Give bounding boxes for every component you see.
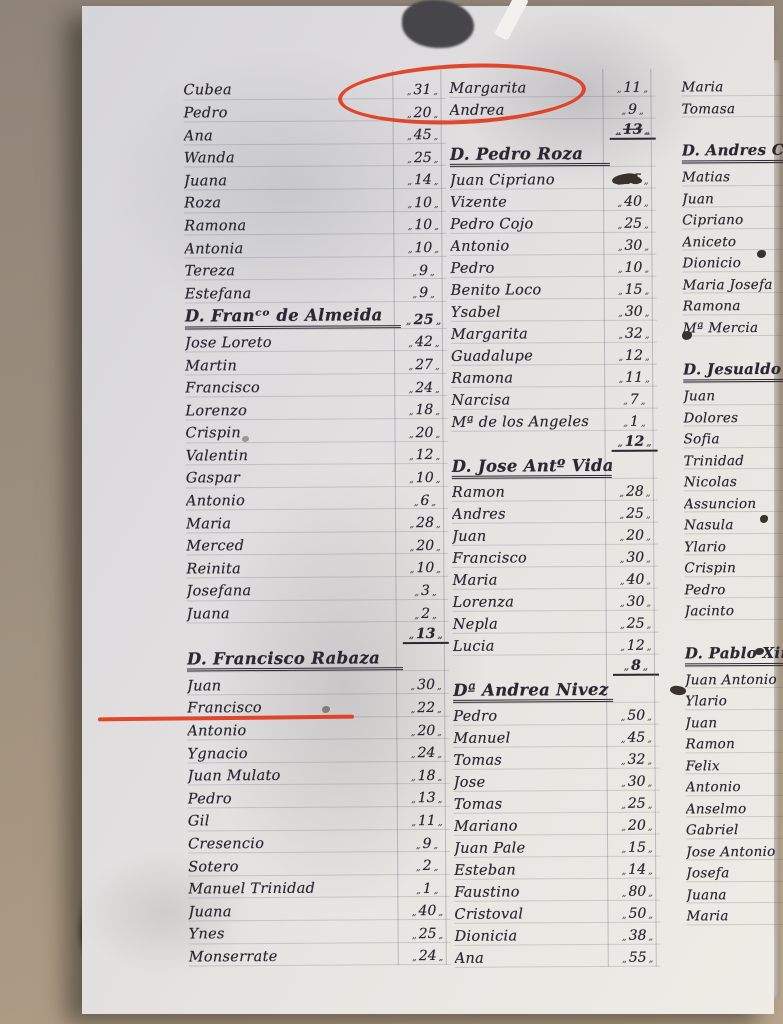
person-name: Martin (185, 358, 401, 375)
list-entry: Aniceto7 (682, 228, 783, 251)
person-name: Juana (686, 888, 783, 903)
list-entry: Lorenza30 (452, 589, 658, 612)
section-header: D. Pablo Ximenez (685, 640, 783, 667)
person-name: Tomas (454, 797, 614, 813)
list-entry: Guadalupe12 (451, 343, 657, 366)
age-value: 32 (611, 327, 657, 342)
age-value: 24 (401, 381, 447, 396)
list-entry: Wanda25 (184, 144, 446, 168)
list-entry: Juan30 (187, 671, 449, 695)
list-entry: Gil11 (188, 807, 450, 831)
person-name: Andres (452, 507, 612, 523)
person-name: Juana (188, 904, 404, 921)
person-name: Sofia (684, 432, 783, 447)
person-name: Wanda (184, 150, 400, 167)
age-value: 32 (613, 753, 659, 768)
list-entry: Juan Mulato18 (188, 762, 450, 786)
person-name: Maria (452, 573, 612, 589)
list-entry: Nasula12 (684, 511, 783, 534)
age-value: 42 (401, 335, 447, 350)
age-value: 10 (610, 261, 656, 276)
list-entry: Maria (681, 73, 783, 96)
age-value: 12 (613, 639, 659, 654)
age-value: 30 (612, 551, 658, 566)
owner-name: D. Andres Chico (682, 143, 783, 163)
person-name: Jose Loreto (185, 335, 401, 352)
person-name: Dionicio (682, 256, 783, 271)
age-value: 2 (403, 606, 449, 621)
age-value: 11 (611, 371, 657, 386)
person-name: Sotero (188, 859, 404, 876)
age-value: 40 (612, 573, 658, 588)
list-entry: Maria Josefa53 (683, 271, 783, 294)
person-name: Manuel Trinidad (188, 881, 404, 898)
list-entry: Ynes25 (189, 920, 451, 944)
list-entry: Jacinto16 (685, 597, 783, 620)
list-entry: Sotero2 (188, 852, 450, 876)
list-entry: Martin27 (185, 351, 447, 375)
list-entry: Reinita10 (186, 554, 448, 578)
age-value: 9 (401, 286, 447, 301)
register-column-left: Cubea31Pedro20Ana45Wanda25Juana14Roza10R… (183, 76, 450, 967)
person-name: Ana (184, 128, 400, 145)
list-entry: Roza10 (184, 189, 446, 213)
age-value: 38 (615, 929, 661, 944)
list-entry: Antonio6 (186, 487, 448, 511)
section-total: 13 (187, 622, 449, 646)
age-value: 25 (401, 313, 447, 328)
person-name: Josefa (686, 866, 783, 881)
list-entry: Maria40 (452, 567, 658, 590)
age-value: 10 (400, 218, 446, 233)
age-value: 14 (400, 173, 446, 188)
person-name: Pedro (453, 709, 613, 725)
person-name: Antonio (686, 780, 783, 795)
list-entry: Josefa45 (686, 859, 783, 882)
list-entry: Ramona10 (184, 211, 446, 235)
age-value: 28 (612, 485, 658, 500)
list-entry: Esteban14 (454, 857, 660, 880)
age-value: 30 (403, 678, 449, 693)
age-value: 13 (610, 123, 656, 140)
section-header: D. Pedro Roza (450, 141, 656, 168)
person-name: Merced (186, 538, 402, 555)
person-name: Maria Josefa (683, 278, 783, 293)
age-value: 1 (611, 415, 657, 430)
person-name: Ysabel (451, 305, 611, 321)
list-entry: Tereza9 (184, 257, 446, 281)
list-entry: Manuel Trinidad1 (188, 875, 450, 899)
owner-name: D. Pedro Roza (450, 145, 610, 167)
age-value: 3 (402, 584, 448, 599)
person-name: Estefana (185, 286, 401, 303)
list-entry: Antonio30 (450, 233, 656, 256)
person-name: Gaspar (186, 471, 402, 488)
person-name: Tomas (453, 753, 613, 769)
list-entry: Mª de los Angeles1 (451, 409, 657, 432)
age-value: 40 (610, 195, 656, 210)
age-value: 22 (403, 701, 449, 716)
person-name: Cresencio (188, 836, 404, 853)
list-entry: Jose Loreto42 (185, 328, 447, 352)
section-header: Dª Andrea Nivez (453, 677, 659, 704)
person-name: Vizente (450, 195, 610, 211)
age-value: 25 (614, 797, 660, 812)
person-name: Maria (186, 516, 402, 533)
age-value: 20 (612, 529, 658, 544)
age-value: 13 (403, 627, 449, 644)
list-entry: Ylario38 (685, 687, 783, 710)
list-entry: Maria28 (186, 509, 448, 533)
person-name: Lorenzo (185, 403, 401, 420)
person-name: Nasula (684, 518, 783, 533)
person-name: Ramona (683, 299, 783, 314)
list-entry: Gaspar10 (186, 464, 448, 488)
age-value: 2 (404, 859, 450, 874)
age-value: 11 (609, 81, 655, 96)
person-name: Ramona (451, 371, 611, 387)
person-name: Ynes (189, 926, 405, 943)
section-header: D. Jesualdo Gaya (683, 357, 783, 384)
owner-name: Dª Andrea Nivez (453, 681, 613, 703)
person-name: Mª Mercia (683, 321, 783, 336)
person-name: Mª de los Angeles (451, 415, 611, 431)
list-entry: Cristoval50 (454, 901, 660, 924)
person-name: Jose Antonio (686, 845, 783, 860)
age-value: 28 (402, 516, 448, 531)
person-name: Roza (184, 196, 400, 213)
age-value: 20 (401, 426, 447, 441)
age-value: 40 (404, 904, 450, 919)
list-entry: Monserrate24 (189, 942, 451, 966)
person-name: Juana (184, 173, 400, 190)
section-header: D. Jose Antº Vidal (452, 453, 658, 480)
owner-name: D. Jose Antº Vidal (452, 457, 612, 479)
list-entry: Cresencio9 (188, 829, 450, 853)
list-entry: Tomas32 (453, 747, 659, 770)
age-value: 27 (401, 358, 447, 373)
list-entry: Faustino80 (454, 879, 660, 902)
list-entry: Ana55 (455, 945, 661, 968)
list-entry: Francisco24 (185, 374, 447, 398)
list-entry: Assuncion24 (684, 490, 783, 513)
age-value: 45 (400, 128, 446, 143)
person-name: Matias (682, 170, 783, 185)
person-name: Ygnacio (187, 746, 403, 763)
owner-name: D. Jesualdo Gaya (683, 362, 783, 382)
age-value: 14 (614, 863, 660, 878)
person-name: Ramon (685, 737, 783, 752)
age-value: 25 (612, 507, 658, 522)
age-value: 24 (403, 746, 449, 761)
person-name: Cristoval (454, 907, 614, 923)
list-entry: Tomasa12 (681, 95, 783, 118)
person-name: Tereza (184, 263, 400, 280)
person-name: Antonio (187, 723, 403, 740)
list-entry: Merced20 (186, 532, 448, 556)
age-value: 24 (405, 949, 451, 964)
list-entry: Crispin20 (185, 419, 447, 443)
list-entry: Antonio22 (686, 773, 783, 796)
list-entry: Dionicia38 (455, 923, 661, 946)
person-name: Juan (682, 192, 783, 207)
list-entry: Pedro Cojo25 (450, 211, 656, 234)
list-entry: Ysabel30 (451, 299, 657, 322)
section-total: 12 (452, 431, 658, 454)
list-entry: Ramona6 (683, 292, 783, 315)
age-value: 50 (614, 907, 660, 922)
section-total: 14 (682, 116, 783, 139)
person-name: Felix (686, 759, 783, 774)
list-entry: Manuel45 (453, 725, 659, 748)
person-name: Antonio (186, 493, 402, 510)
list-entry: Juan25 (683, 382, 783, 405)
age-value: 30 (613, 595, 659, 610)
register-column-middle: Margarita11Andrea913D. Pedro RozaJuan Ci… (449, 75, 660, 968)
age-value: 1 (404, 882, 450, 897)
list-entry: Lucia12 (453, 633, 659, 656)
person-name: Juan Antonio (685, 673, 783, 688)
list-entry: Antonia10 (184, 234, 446, 258)
list-entry: Felix30 (685, 752, 783, 775)
age-value: 80 (614, 885, 660, 900)
person-name: Valentin (186, 448, 402, 465)
list-entry: Maria22 (686, 902, 783, 925)
person-name: Narcisa (451, 393, 611, 409)
person-name: Juana (187, 606, 403, 623)
register-table: Cubea31Pedro20Ana45Wanda25Juana14Roza10R… (79, 4, 777, 1016)
list-entry: Crispin9 (684, 554, 783, 577)
age-value: 15 (611, 283, 657, 298)
age-value: 25 (613, 617, 659, 632)
person-name: Esteban (454, 863, 614, 879)
list-entry: Pedro50 (453, 703, 659, 726)
person-name: Pedro Cojo (450, 217, 610, 233)
person-name: Gabriel (686, 823, 783, 838)
list-entry: Ana45 (184, 121, 446, 145)
age-value: 25 (400, 151, 446, 166)
list-entry: Pedro10 (450, 255, 656, 278)
list-entry: Benito Loco15 (451, 277, 657, 300)
age-value: 50 (613, 709, 659, 724)
person-name: Crispin (185, 425, 401, 442)
list-entry: Dionicio1 (682, 249, 783, 272)
age-value: 9 (610, 103, 656, 118)
person-name: Antonio (450, 239, 610, 255)
person-name: Pedro (188, 791, 404, 808)
list-entry: Matias63 (682, 163, 783, 186)
owner-name: D. Pablo Ximenez (685, 645, 783, 665)
person-name: Dolores (683, 411, 783, 426)
person-name: Trinidad (684, 454, 783, 469)
age-value: 45 (613, 731, 659, 746)
age-value: 20 (614, 819, 660, 834)
person-name: Ramona (184, 218, 400, 235)
list-entry: Ramon30 (685, 730, 783, 753)
person-name: Juan (685, 716, 783, 731)
list-entry: Jose Antonio3 (686, 838, 783, 861)
person-name: Pedro (450, 261, 610, 277)
list-entry: Dolores22 (683, 404, 783, 427)
list-entry: Jose30 (454, 769, 660, 792)
list-entry: Narcisa7 (451, 387, 657, 410)
list-entry: Vizente40 (450, 189, 656, 212)
list-entry: Josefana3 (186, 577, 448, 601)
age-value: 8 (613, 659, 659, 676)
section-total: 11 (685, 619, 783, 642)
person-name: Jacinto (685, 604, 783, 619)
person-name: Mariano (454, 819, 614, 835)
age-value: 25 (610, 217, 656, 232)
list-entry: Anselmo14 (686, 795, 783, 818)
section-total: 12 (687, 924, 783, 947)
age-value: 18 (401, 403, 447, 418)
list-entry: Pedro18 (684, 576, 783, 599)
section-total: 18 (683, 335, 783, 358)
person-name: Maria (681, 80, 783, 95)
list-entry: Juan Pale15 (454, 835, 660, 858)
person-name: Ramon (452, 485, 612, 501)
age-value: 15 (614, 841, 660, 856)
person-name: Faustino (454, 885, 614, 901)
list-entry: Ramona11 (451, 365, 657, 388)
person-name: Lorenza (453, 595, 613, 611)
person-name: Dionicia (455, 929, 615, 945)
owner-name: D. Franᶜᵒ de Almeida (185, 306, 401, 329)
age-value: 12 (612, 435, 658, 452)
list-entry: Andres25 (452, 501, 658, 524)
list-entry: Juan Antonio45 (685, 666, 783, 689)
list-entry: Lorenzo18 (185, 396, 447, 420)
register-column-right: MariaTomasa1214D. Andres ChicoMatias63Ju… (681, 73, 783, 946)
person-name: Benito Loco (451, 283, 611, 299)
age-value: 30 (610, 239, 656, 254)
person-name: Monserrate (189, 949, 405, 966)
list-entry: Juan30 (682, 185, 783, 208)
list-entry: Nepla25 (453, 611, 659, 634)
torn-hole (402, 0, 474, 48)
list-entry: Mª Mercia2 (683, 314, 783, 337)
person-name: Ylario (685, 694, 783, 709)
list-entry: Valentin12 (186, 441, 448, 465)
list-entry: Juana30 (686, 881, 783, 904)
age-value: 7 (611, 393, 657, 408)
person-name: Guadalupe (451, 349, 611, 365)
age-value: 10 (400, 196, 446, 211)
age-value: 20 (402, 539, 448, 554)
age-value: 30 (614, 775, 660, 790)
list-entry: Ylario10 (684, 533, 783, 556)
person-name: Manuel (453, 731, 613, 747)
age-value: 18 (404, 769, 450, 784)
age-value: 9 (400, 264, 446, 279)
photo-of-document: Cubea31Pedro20Ana45Wanda25Juana14Roza10R… (0, 0, 783, 1024)
person-name: Crispin (684, 561, 783, 576)
person-name: Juan Cipriano (450, 173, 610, 189)
list-entry: Ygnacio24 (187, 739, 449, 763)
list-entry: Trinidad14 (684, 447, 783, 470)
list-entry: Nicolas26 (684, 468, 783, 491)
person-name: Nepla (453, 617, 613, 633)
age-value: 13 (404, 791, 450, 806)
age-value: 6 (402, 493, 448, 508)
age-value: 20 (403, 723, 449, 738)
person-name: Cipriano (682, 213, 783, 228)
list-entry: Juan95 (685, 709, 783, 732)
person-name: Juan (683, 389, 783, 404)
person-name: Josefana (186, 584, 402, 601)
person-name: Francisco (185, 380, 401, 397)
age-value: 55 (615, 951, 661, 966)
person-name: Ana (455, 951, 615, 967)
age-value: 10 (402, 561, 448, 576)
section-header: D. Franᶜᵒ de Almeida25 (185, 302, 447, 330)
list-entry: Gabriel5 (686, 816, 783, 839)
person-name: Ylario (684, 540, 783, 555)
age-value: 10 (400, 241, 446, 256)
owner-name: D. Francisco Rabaza (187, 649, 403, 672)
list-entry: Mariano20 (454, 813, 660, 836)
list-entry: Juana2 (187, 600, 449, 624)
person-name: Juan Pale (454, 841, 614, 857)
age-value: 12 (402, 448, 448, 463)
person-name: Reinita (186, 561, 402, 578)
list-entry: Sofia22 (683, 425, 783, 448)
person-name: Juan Mulato (188, 768, 404, 785)
age-value: 10 (402, 471, 448, 486)
person-name: Jose (454, 775, 614, 791)
person-name: Aniceto (682, 235, 783, 250)
person-name: Assuncion (684, 497, 783, 512)
person-name: Margarita (451, 327, 611, 343)
person-name: Antonia (184, 241, 400, 258)
section-header: D. Andres Chico (682, 138, 783, 165)
age-value: 25 (405, 927, 451, 942)
list-entry: Tomas25 (454, 791, 660, 814)
list-entry: Antonio20 (187, 716, 449, 740)
list-entry: Juana14 (184, 166, 446, 190)
list-entry: Estefana9 (185, 279, 447, 303)
list-entry: Pedro13 (188, 784, 450, 808)
person-name: Maria (686, 909, 783, 924)
person-name: Juan (187, 678, 403, 695)
person-name: Francisco (452, 551, 612, 567)
person-name: Tomasa (682, 102, 783, 117)
person-name: Anselmo (686, 802, 783, 817)
section-total: 8 (453, 655, 659, 678)
list-entry: Juana40 (188, 897, 450, 921)
person-name: Gil (188, 814, 404, 831)
list-entry: Juan20 (452, 523, 658, 546)
list-entry: Ramon28 (452, 479, 658, 502)
list-entry: Francisco30 (452, 545, 658, 568)
age-value: 30 (611, 305, 657, 320)
manuscript-paper: Cubea31Pedro20Ana45Wanda25Juana14Roza10R… (82, 6, 774, 1014)
list-entry: Cipriano24 (682, 206, 783, 229)
person-name: Lucia (453, 639, 613, 655)
person-name: Nicolas (684, 475, 783, 490)
person-name: Juan (452, 529, 612, 545)
list-entry: Margarita32 (451, 321, 657, 344)
age-value: 9 (404, 836, 450, 851)
age-value: 12 (611, 349, 657, 364)
person-name: Pedro (684, 583, 783, 598)
section-header: D. Francisco Rabaza (187, 645, 449, 673)
age-value: 11 (404, 814, 450, 829)
